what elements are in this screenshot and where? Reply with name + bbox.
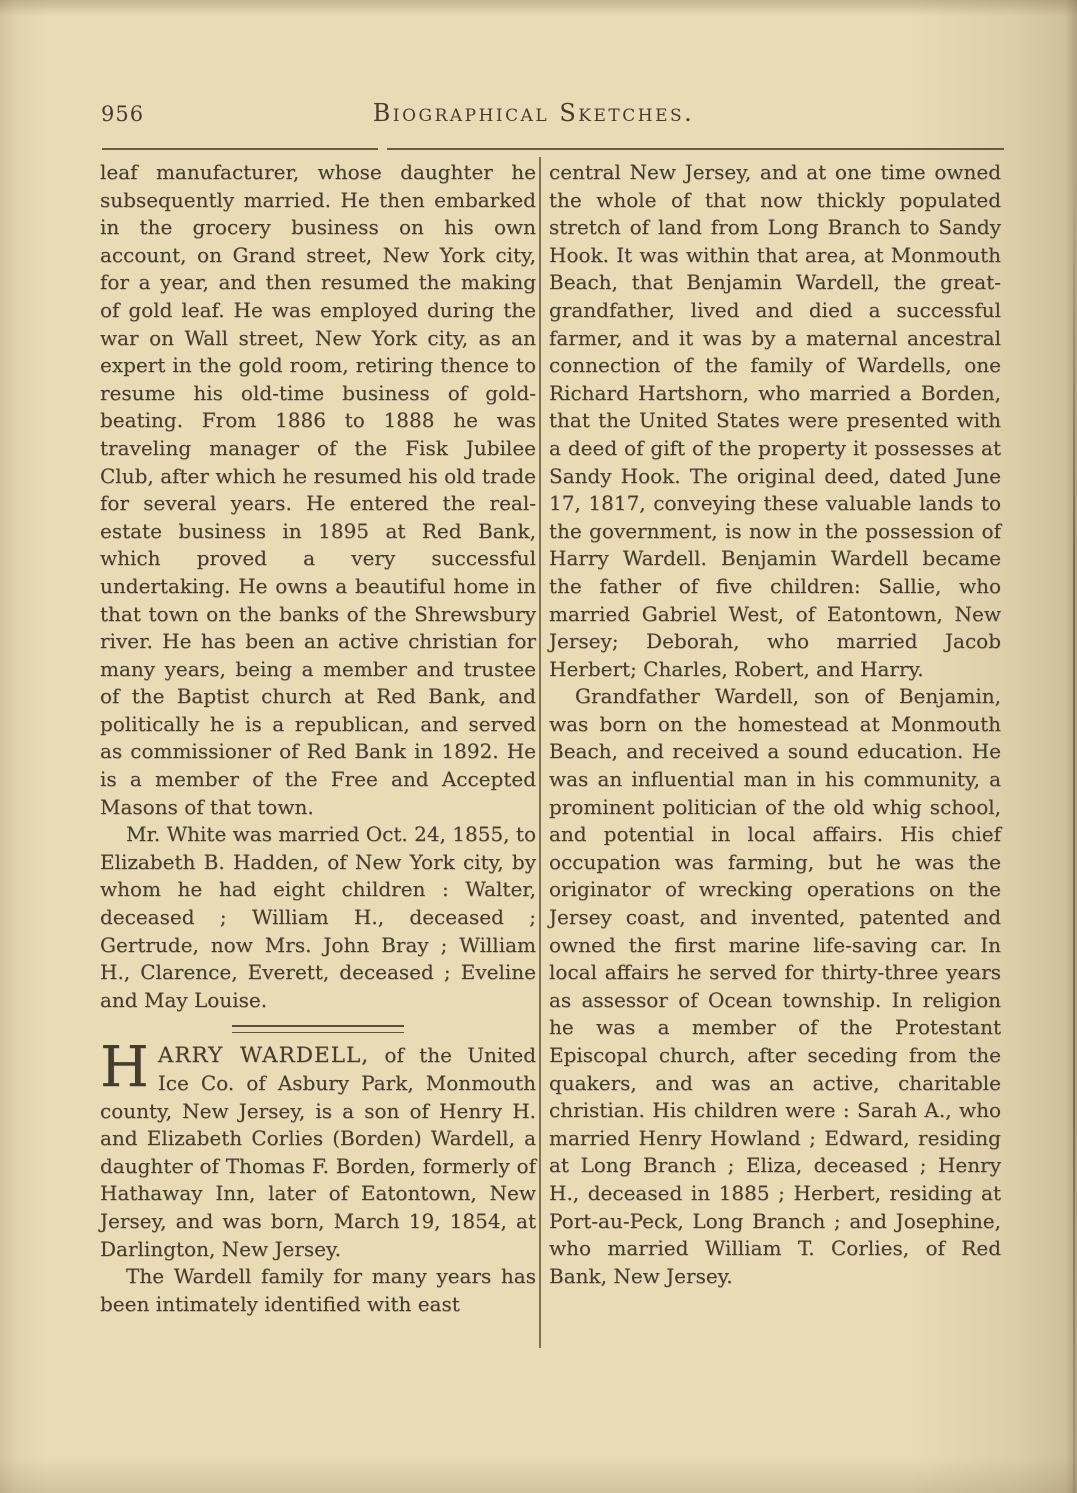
left-column: leaf manufacturer, whose daughter he sub… (100, 159, 536, 1318)
running-title: Biographical Sketches. (0, 99, 1067, 127)
article-opening-text: of the United Ice Co. of Asbury Park, Mo… (100, 1043, 536, 1260)
paragraph-white-family: Mr. White was married Oct. 24, 1855, to … (100, 821, 536, 1014)
paragraph-wardell-family-intro: The Wardell family for many years has be… (100, 1263, 536, 1318)
paragraph-wardell-continued: central New Jersey, and at one time owne… (549, 159, 1001, 683)
paragraph-white-biography: leaf manufacturer, whose daughter he sub… (100, 159, 536, 821)
header-rule-left (102, 148, 378, 150)
paragraph-grandfather-wardell: Grandfather Wardell, son of Benjamin, wa… (549, 683, 1001, 1290)
article-subject-name: ARRY WARDELL, (158, 1043, 369, 1068)
dropcap-letter: H (100, 1042, 158, 1091)
page-edge-shadow (1073, 170, 1075, 1493)
paragraph-wardell-article-start: HARRY WARDELL, of the United Ice Co. of … (100, 1042, 536, 1263)
book-page: 956 Biographical Sketches. leaf manufact… (0, 0, 1077, 1493)
column-divider-rule (539, 157, 541, 1348)
right-column: central New Jersey, and at one time owne… (549, 159, 1001, 1290)
section-divider-rule (232, 1025, 404, 1033)
header-rule-right (387, 148, 1004, 150)
